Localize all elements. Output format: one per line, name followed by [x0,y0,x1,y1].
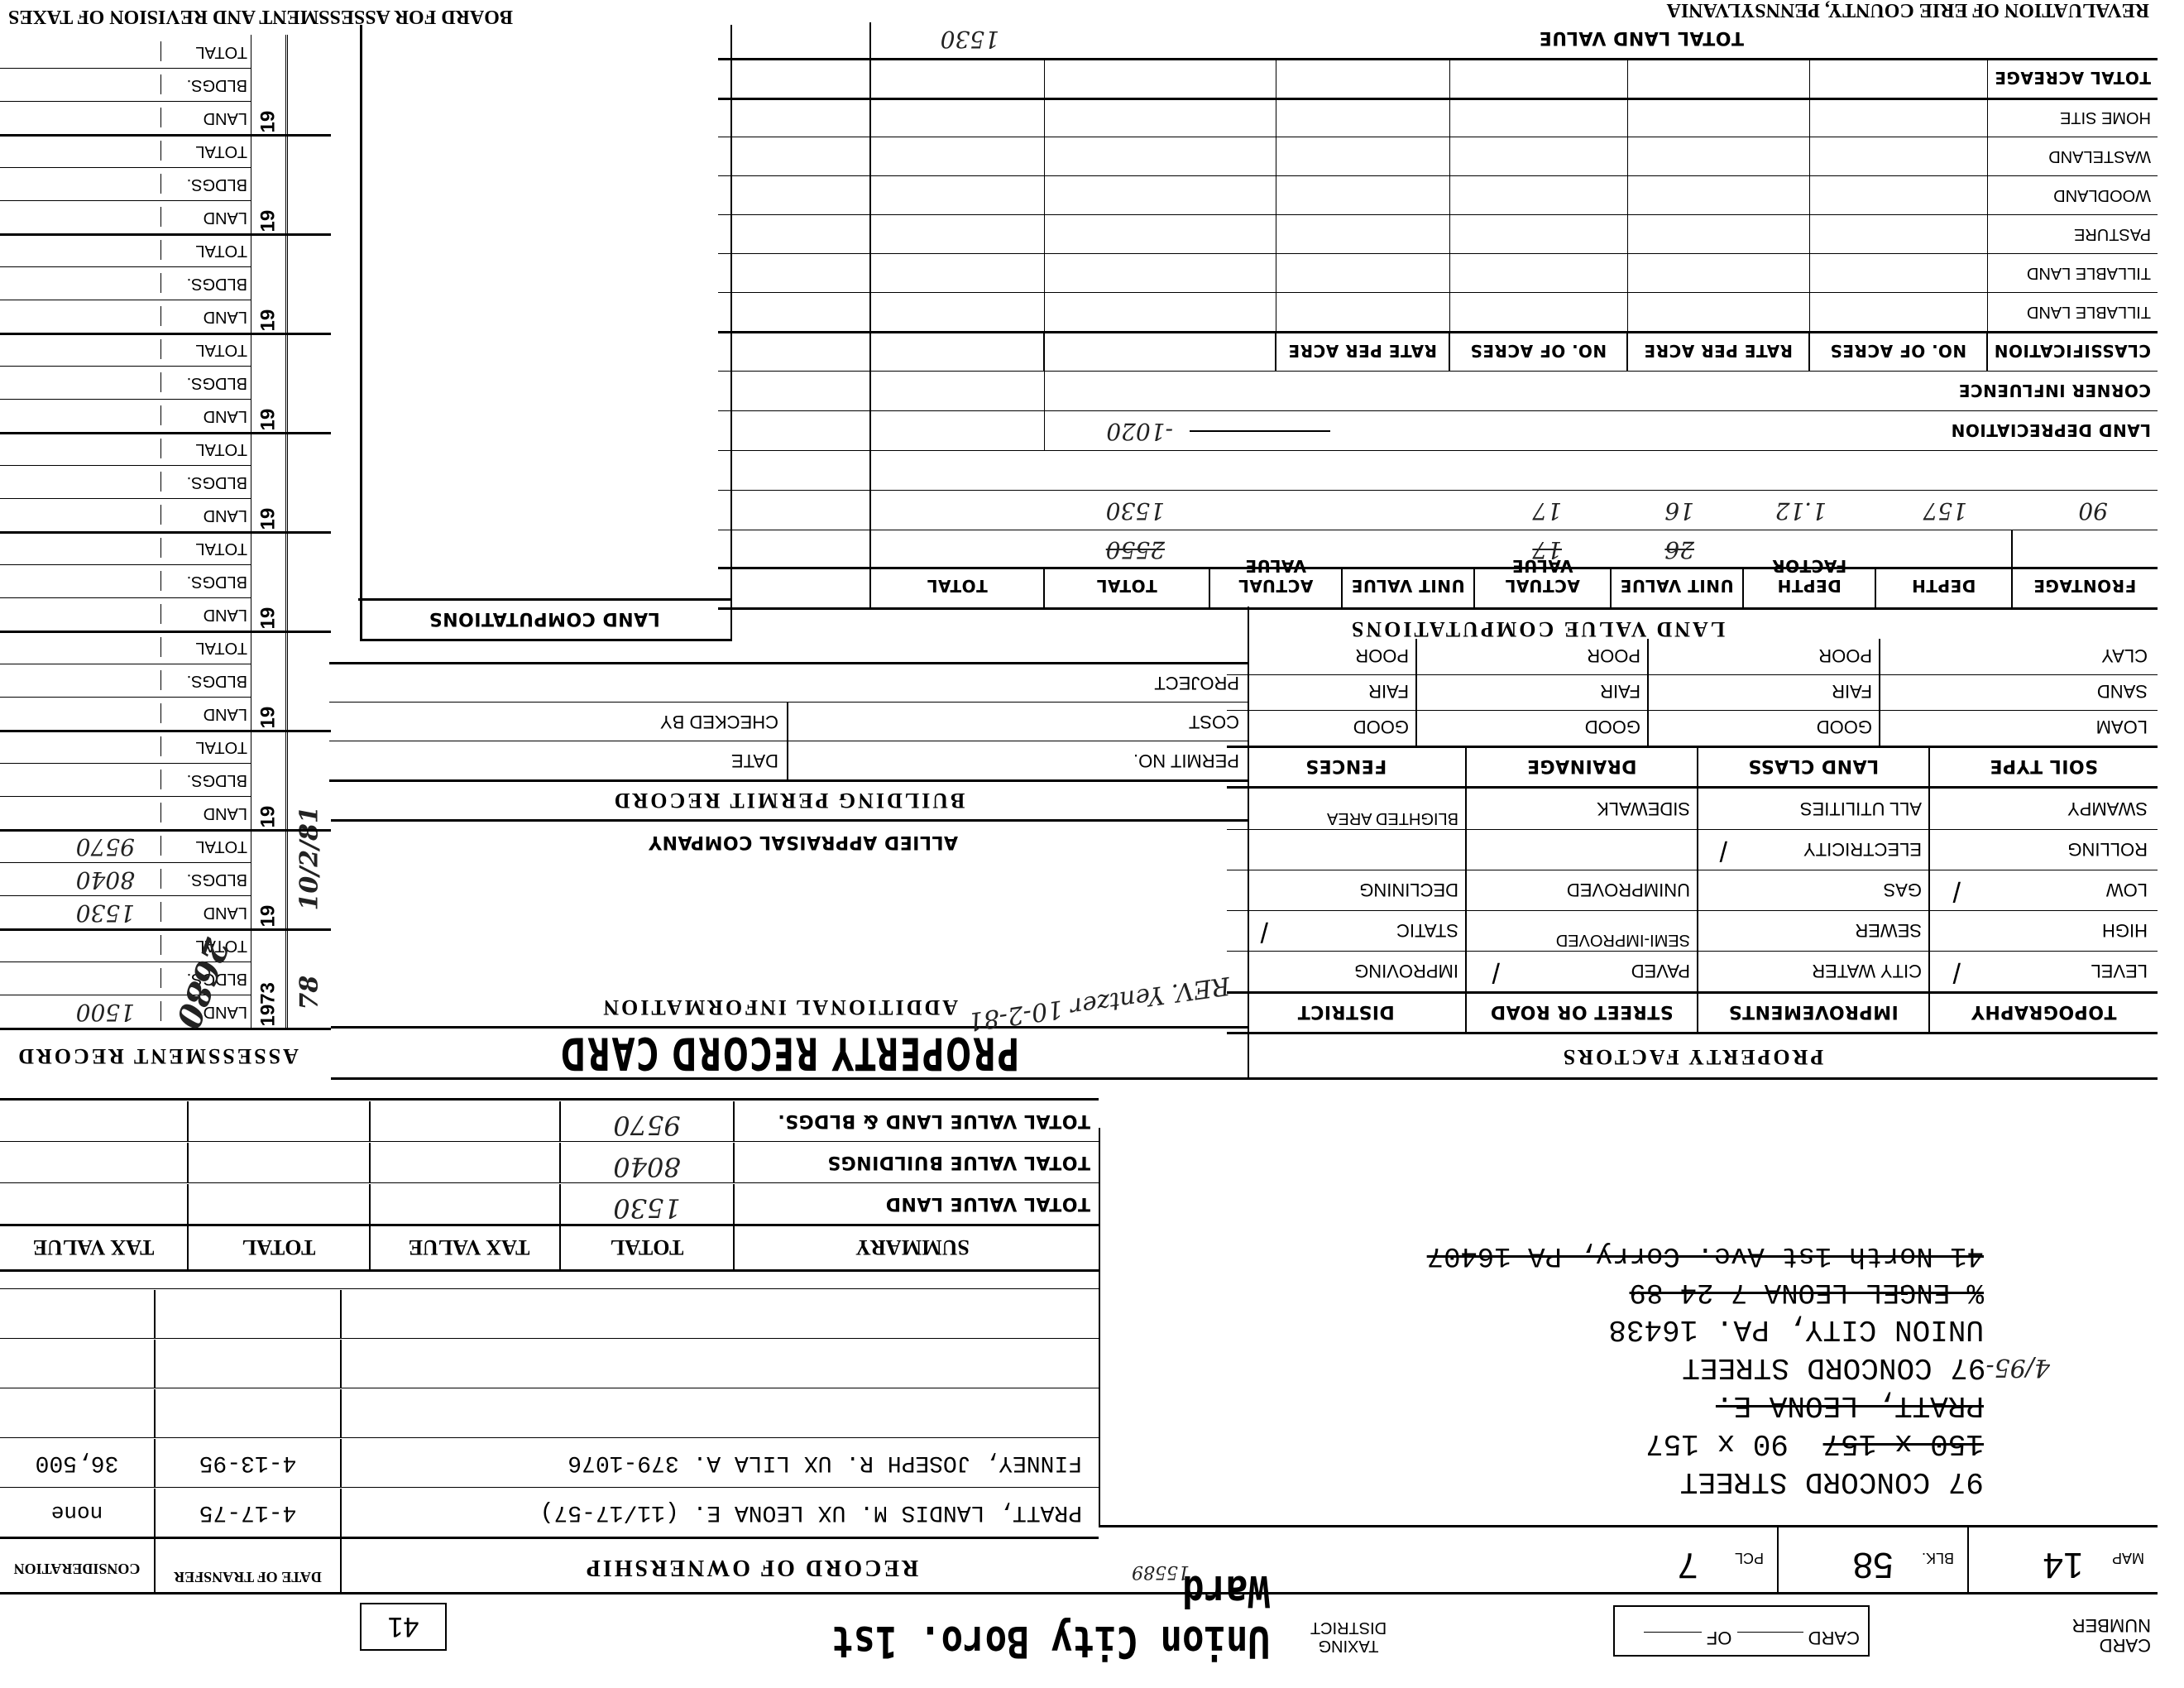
map-blk-pcl-row: MAP 14 BLK. 58 PCL 7 15589 [1099,1525,2158,1594]
ownership-row [0,1288,1099,1338]
assessment-year-block: 10/2/81 19 LAND 1530 BLDGS. 8040 TOTAL [0,832,331,931]
classification-header: CLASSIFICATION NO. OF ACRES RATE PER ACR… [718,331,2158,371]
ownership-row: FINNEY, JOSEPH R. UX LILA A. 379-1076 4-… [0,1437,1099,1487]
property-factors: PROPERTY FACTORS TOPOGRAPHY IMPROVEMENTS… [1227,641,2158,1080]
ownership-row [0,1338,1099,1388]
property-factors-title: PROPERTY FACTORS [1227,1044,2158,1069]
year-prefix: 19 [257,397,280,431]
map-label: MAP [2112,1550,2144,1566]
summary-row: TOTAL VALUE LAND 1530 [0,1182,1099,1224]
check-mark[interactable]: / [1953,875,1961,907]
assessment-row-label: LAND [160,405,247,425]
year-prefix: 19 [257,894,280,928]
col-street-or-road: STREET OR ROAD [1467,992,1698,1032]
factor-row: LOW / GAS UNIMPROVED DECLINING [1227,870,2158,910]
col-district: DISTRICT [1227,992,1467,1032]
classification-row: WASTELAND [718,137,2158,175]
owner-address-block: 97 CONCORD STREET 150 x 157 90 x 157 PRA… [1099,1128,2158,1525]
year-prefix: 19 [257,496,280,530]
check-mark[interactable]: / [1720,834,1727,866]
property-record-card: CARD NUMBER CARD OF TAXING DISTRICT Unio… [0,0,2184,1688]
additional-information: ADDITIONAL INFORMATION REV. Yentzer 10-2… [331,822,1249,1029]
assessment-value: 8040 [76,866,135,894]
address-line-2: 150 x 157 90 x 157 [1100,1424,1984,1462]
col-soil-type: SOIL TYPE [1930,755,2158,776]
county-title: REVALUATION OF ERIE COUNTY, PENNSYLVANIA [1667,0,2149,21]
soil-row: SAND FAIR FAIR FAIR [1227,674,2158,710]
assessment-row-label: TOTAL [160,736,247,756]
year-prefix: 19 [257,596,280,630]
address-line-1: 97 CONCORD STREET [1100,1462,1984,1500]
ownership-row [0,1388,1099,1437]
assessment-year-block: 19 LAND BLDGS. TOTAL [0,37,331,137]
classification-row: WOODLAND [718,175,2158,214]
assessment-row-label: TOTAL [160,439,247,458]
year-prefix: 19 [257,794,280,828]
col-date-of-transfer: DATE OF TRANSFER [156,1537,342,1592]
soil-row: LOAM GOOD GOOD GOOD [1227,710,2158,746]
assessment-year-block: 19 LAND BLDGS. TOTAL [0,633,331,732]
assessment-value: 1500 [76,999,135,1026]
assessment-year-block: 19 LAND BLDGS. TOTAL [0,534,331,633]
assessment-row-label: BLDGS. [160,273,247,293]
assessment-row-label: LAND [160,306,247,326]
address-line-6: % ENGEL LEONA 7-24-89 [1100,1273,1984,1310]
total-land-value: 1530 [941,26,999,53]
land-depreciation-row: LAND DEPRECIATION -1020 [718,410,2158,450]
classification-row: TILLABLE LAND [718,292,2158,331]
assessment-row-label: TOTAL [160,41,247,61]
summary-col-tax-value: TAX VALUE [379,1226,561,1269]
map-value: 14 [2043,1545,2084,1585]
board-title: BOARD FOR ASSESSMENT AND REVISION OF TAX… [8,5,1001,27]
check-mark[interactable]: / [1492,956,1500,988]
building-permit-title: BUILDING PERMIT RECORD [329,779,1248,819]
assessment-row-label: BLDGS. [160,472,247,492]
assessment-row-label: LAND [160,604,247,624]
assessment-year-block: 19 LAND BLDGS. TOTAL [0,434,331,534]
col-consideration: CONSIDERATION [0,1537,156,1592]
assessment-row-label: BLDGS. [160,670,247,690]
assessment-year-block: 19 LAND BLDGS. TOTAL [0,236,331,335]
additional-info-title: ADDITIONAL INFORMATION [601,995,958,1019]
land-computations-title: LAND COMPUTATIONS [358,608,730,629]
assessment-year-block: 19 LAND BLDGS. TOTAL [0,137,331,236]
assessment-row-label: LAND [160,207,247,227]
pcl-label: PCL [1735,1550,1764,1566]
record-of-ownership: RECORD OF OWNERSHIP DATE OF TRANSFER CON… [0,1115,1099,1594]
permit-row: PERMIT NO. DATE [329,741,1248,779]
assessment-row-label: LAND [160,902,247,922]
classification-row: PASTURE [718,214,2158,253]
assessment-row-label: BLDGS. [160,74,247,94]
land-value-computations: LAND VALUE COMPUTATIONS FRONTAGE DEPTH D… [726,0,2158,641]
address-line-7: 41 North 1st Ave. Corry, PA 16407 [1100,1237,1984,1273]
assessment-row-label: LAND [160,505,247,525]
factor-row: ROLLING ELECTRICITY / [1227,829,2158,870]
blk-label: BLK. [1922,1550,1954,1566]
land-value-row: 90 157 1.12 16 17 1530 [718,490,2158,530]
factor-row: LEVEL / CITY WATER PAVED / IMPROVING [1227,951,2158,991]
blk-value: 58 [1853,1545,1894,1585]
col-fences: FENCES [1227,746,1467,786]
land-computations: LAND COMPUTATIONS [360,25,732,641]
address-line-3: PRATT, LEONA E. [1100,1386,1984,1424]
col-land-class: LAND CLASS [1698,746,1930,786]
taxing-district-label: TAXING DISTRICT [1295,1618,1402,1655]
address-line-5: UNION CITY, PA. 16438 [1100,1310,1984,1348]
land-value-title: LAND VALUE COMPUTATIONS [1206,616,1868,641]
year-prefix: 19 [257,199,280,233]
permit-row: PROJECT [329,662,1248,702]
assessment-row-label: TOTAL [160,538,247,558]
assessment-row-label: TOTAL [160,339,247,359]
permit-row: COST CHECKED BY [329,702,1248,741]
assessment-value: 9570 [76,833,135,861]
factor-row: SWAMPY ALL UTILITIES SIDEWALK BLIGHTED A… [1227,789,2158,829]
assessment-row-label: TOTAL [160,240,247,260]
col-drainage: DRAINAGE [1467,746,1698,786]
assessment-row-label: TOTAL [160,637,247,657]
year-prefix: 19 [257,695,280,729]
assessment-row-label: TOTAL [160,836,247,856]
assessment-value: 1530 [76,899,135,927]
year-prefix: 19 [257,99,280,133]
assessment-record: ASSESSMENT RECORD 78 1973 LAND 1500 BLDG… [0,0,331,1080]
pcl-note: 15589 [1132,1561,1190,1582]
assessment-row-label: BLDGS. [160,571,247,591]
assessment-row-label: TOTAL [160,141,247,161]
property-record-title-band: PROPERTY RECORD CARD [331,1029,1249,1080]
assessment-record-title: ASSESSMENT RECORD [0,1043,314,1068]
assessment-year-block: 19 LAND BLDGS. TOTAL [0,732,331,832]
assessment-row-label: BLDGS. [160,372,247,392]
year-prefix: 1973 [257,993,280,1027]
assessment-row-label: BLDGS. [160,174,247,194]
ownership-title: RECORD OF OWNERSHIP [437,1554,1066,1580]
classification-row: HOME SITE [718,98,2158,137]
property-record-title: PROPERTY RECORD CARD [331,1027,1248,1085]
factor-row: HIGH SEWER SEMI-IMPROVED STATIC / [1227,910,2158,951]
address-line-4: 4/95-97 CONCORD STREET [1100,1348,2050,1386]
summary-col-total-2: TOTAL [189,1226,371,1269]
summary-row: TOTAL VALUE LAND & BLDGS. 9570 [0,1098,1099,1141]
col-improvements: IMPROVEMENTS [1698,992,1930,1032]
assessment-side-note: 10/2/81 [295,868,324,911]
land-value-row: 26 17 2550 [718,530,2158,567]
assessment-row-label: LAND [160,703,247,723]
year-prefix: 19 [257,298,280,332]
classification-row: TILLABLE LAND [718,253,2158,292]
allied-appraisal-company: ALLIED APPRAISAL COMPANY [649,832,958,852]
assessment-year-block: 78 1973 LAND 1500 BLDGS. TOTAL [0,931,331,1030]
assessment-row-label: LAND [160,803,247,822]
summary-table: SUMMARY TOTAL TAX VALUE TOTAL TAX VALUE … [0,1073,1099,1272]
col-topography: TOPOGRAPHY [1930,1001,2158,1022]
check-mark[interactable]: / [1261,915,1268,947]
assessment-row-label: BLDGS. [160,770,247,789]
corner-influence-row: CORNER INFLUENCE [718,371,2158,410]
assessment-year-block: 19 LAND BLDGS. TOTAL [0,335,331,434]
summary-col-total: TOTAL [561,1226,735,1269]
soil-row: CLAY POOR POOR POOR [1227,639,2158,674]
assessment-side-note: 78 [295,967,324,1010]
pcl-value: 7 [1678,1545,1698,1585]
rev-note: REV. Yentzer 10-2-81 [966,971,1232,1036]
assessment-row-label: BLDGS. [160,869,247,889]
assessment-row-label: LAND [160,108,247,127]
ward-box: 41 [360,1603,447,1651]
check-mark[interactable]: / [1953,956,1961,988]
summary-row: TOTAL VALUE BUILDINGS 8040 [0,1141,1099,1182]
total-acreage-row: TOTAL ACREAGE [718,58,2158,98]
ownership-row: PRATT, LANDIS M. UX LEONA E. (11/17-57) … [0,1487,1099,1537]
summary-col-tax-value-2: TAX VALUE [0,1226,189,1269]
summary-title: SUMMARY [735,1235,1090,1259]
card-number-label: CARD NUMBER [2052,1615,2151,1655]
card-of-box: CARD OF [1613,1605,1870,1657]
